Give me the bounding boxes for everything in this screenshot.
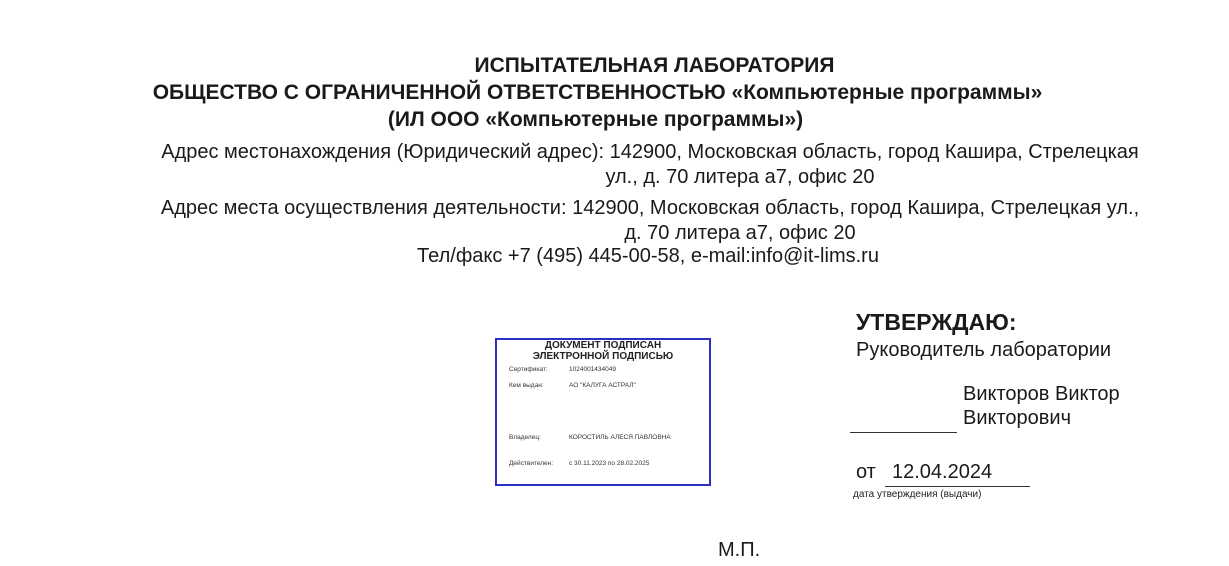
contacts-line: Тел/факс +7 (495) 445-00-58, e-mail:info…	[0, 244, 1229, 269]
stamp-row-validity: Действителен: с 30.11.2023 по 28.02.2025	[509, 460, 649, 467]
approver-role: Руководитель лаборатории	[856, 337, 1111, 363]
stamp-value: с 30.11.2023 по 28.02.2025	[569, 460, 649, 467]
document-header: ИСПЫТАТЕЛЬНАЯ ЛАБОРАТОРИЯ ОБЩЕСТВО С ОГР…	[0, 52, 1229, 133]
date-underline	[885, 486, 1030, 487]
addresses-block: Адрес местонахождения (Юридический адрес…	[110, 140, 1190, 248]
stamp-key: Кем выдан:	[509, 382, 569, 389]
approval-date: 12.04.2024	[892, 460, 992, 484]
organization-short-name: (ИЛ ООО «Компьютерные программы»)	[0, 106, 1210, 133]
legal-address: Адрес местонахождения (Юридический адрес…	[110, 140, 1190, 190]
seal-label: М.П.	[718, 538, 760, 562]
date-caption: дата утверждения (выдачи)	[853, 489, 981, 501]
activity-address: Адрес места осуществления деятельности: …	[110, 196, 1190, 246]
stamp-value: 1024001434049	[569, 366, 616, 373]
stamp-value: КОРОСТИЛЬ АЛЕСЯ ПАВЛОВНА	[569, 434, 671, 441]
stamp-title-line2: ЭЛЕКТРОННОЙ ПОДПИСЬЮ	[497, 351, 709, 362]
legal-address-line1: Адрес местонахождения (Юридический адрес…	[110, 140, 1190, 165]
stamp-row-owner: Владелец: КОРОСТИЛЬ АЛЕСЯ ПАВЛОВНА	[509, 434, 671, 441]
stamp-title-line1: ДОКУМЕНТ ПОДПИСАН	[497, 340, 709, 351]
stamp-row-issuer: Кем выдан: АО "КАЛУГА АСТРАЛ"	[509, 382, 636, 389]
stamp-key: Действителен:	[509, 460, 569, 467]
signature-line	[850, 432, 957, 433]
organization-full-name: ОБЩЕСТВО С ОГРАНИЧЕННОЙ ОТВЕТСТВЕННОСТЬЮ…	[0, 79, 1212, 106]
stamp-key: Владелец:	[509, 434, 569, 441]
approval-title: УТВЕРЖДАЮ:	[856, 308, 1111, 336]
activity-address-line1: Адрес места осуществления деятельности: …	[110, 196, 1190, 221]
stamp-value: АО "КАЛУГА АСТРАЛ"	[569, 382, 636, 389]
approver-name-line1: Викторов Виктор	[963, 382, 1120, 406]
electronic-signature-stamp: ДОКУМЕНТ ПОДПИСАН ЭЛЕКТРОННОЙ ПОДПИСЬЮ С…	[495, 338, 711, 486]
stamp-row-certificate: Сертификат: 1024001434049	[509, 366, 616, 373]
legal-address-line2: ул., д. 70 литера а7, офис 20	[110, 165, 1190, 190]
date-from-label: от	[856, 460, 876, 484]
approval-block: УТВЕРЖДАЮ: Руководитель лаборатории	[856, 308, 1111, 363]
lab-title: ИСПЫТАТЕЛЬНАЯ ЛАБОРАТОРИЯ	[0, 52, 1229, 79]
activity-address-line2: д. 70 литера а7, офис 20	[110, 221, 1190, 246]
stamp-key: Сертификат:	[509, 366, 569, 373]
approver-name: Викторов Виктор Викторович	[963, 382, 1120, 430]
approver-name-line2: Викторович	[963, 406, 1120, 430]
